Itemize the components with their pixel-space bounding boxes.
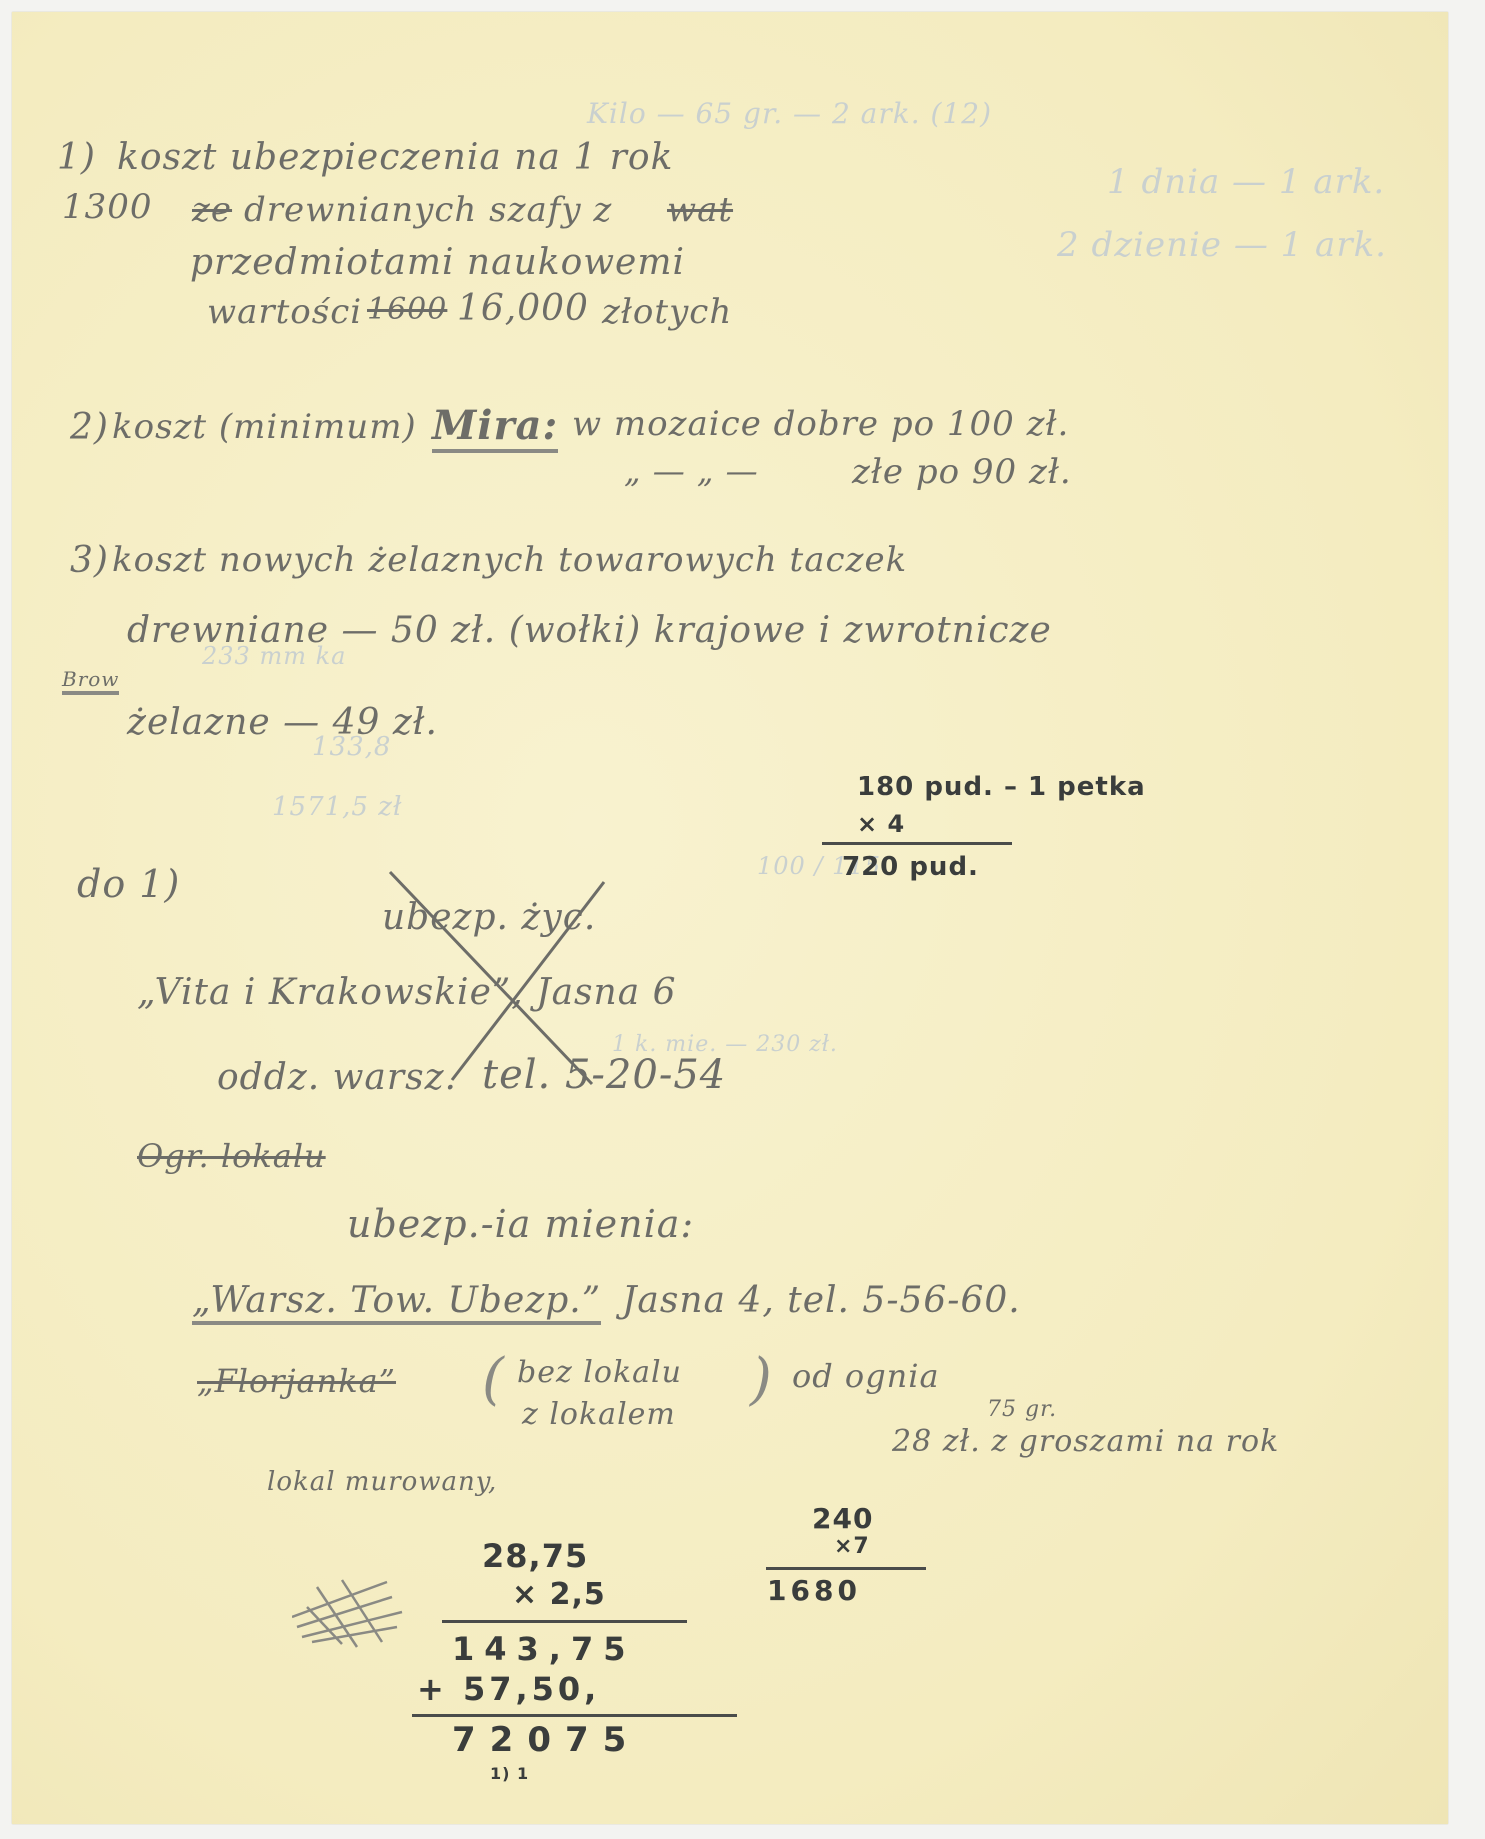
paper-sheet: 1 dnia — 1 ark. 2 dzienie — 1 ark. Kilo … (12, 12, 1448, 1824)
calc-small-operand-1: 240 (812, 1502, 873, 1535)
item-3-line-1: koszt nowych żelaznych towarowych taczek (112, 540, 907, 580)
item-1-line-2-struck-end: wat (667, 190, 733, 230)
item-1-number: 1) (57, 137, 96, 178)
item-1-value: 16,000 (457, 288, 589, 329)
calc-main-partial-2: + 57,50, (417, 1670, 600, 1708)
item-1-line-3: przedmiotami naukowemi (190, 242, 685, 283)
insurance-title: ubezp.-ia mienia: (347, 1202, 694, 1246)
calc-main-operand-1: 28,75 (482, 1537, 588, 1575)
calc-small-operand-2: ×7 (834, 1534, 870, 1559)
item-1-margin-number: 1300 (62, 187, 153, 227)
calc-main-rule-2 (412, 1714, 737, 1717)
calc-pud-multiplier: × 4 (857, 810, 905, 838)
item-2-line-2: złe po 90 zł. (852, 452, 1072, 492)
lokal-note: lokal murowany, (267, 1467, 497, 1497)
calc-main-partial-1: 143,75 (452, 1630, 635, 1668)
calc-pud-rule (822, 842, 1012, 845)
insurance-address: Jasna 4, tel. 5-56-60. (622, 1280, 1021, 1321)
ghost-text-mid-3: 1571,5 zł (272, 792, 402, 822)
insurance-company: „Warsz. Tow. Ubezp.” (192, 1280, 601, 1325)
insurance-struck-heading: Ogr. lokalu (137, 1137, 326, 1175)
bracket-after: od ognia (792, 1357, 940, 1395)
item-2-text: koszt (minimum) (112, 407, 417, 447)
bracket-line-1: bez lokalu (517, 1355, 682, 1390)
item-1-line-2: drewnianych szafy z (244, 190, 612, 230)
item-1-line-4-end: złotych (602, 292, 732, 332)
insurance-price: 28 zł. z groszami na rok (892, 1424, 1279, 1459)
item-3-line-3: żelazne — 49 zł. (127, 702, 438, 743)
item-1-line-1: koszt ubezpieczenia na 1 rok (117, 137, 673, 178)
item-1-struck-value: 1600 (367, 292, 447, 327)
calc-pud-result: 720 pud. (842, 852, 979, 882)
item-2-brand: Mira: (432, 402, 558, 453)
ghost-text-right-2: 2 dzienie — 1 ark. (1057, 225, 1387, 265)
calc-small-rule (766, 1567, 926, 1570)
calc-main-rule-1 (442, 1620, 687, 1623)
bracket-line-2: z lokalem (522, 1397, 676, 1432)
item-1-line-4-start: wartości (207, 292, 362, 332)
crossed-out-mark-icon (382, 862, 622, 1092)
price-superscript: 75 gr. (987, 1397, 1057, 1422)
insurance-struck-company: „Florjanka” (197, 1362, 396, 1400)
item-2-number: 2) (70, 407, 109, 448)
do-1-heading: do 1) (77, 862, 180, 906)
item-2-line-1: w mozaice dobre po 100 zł. (572, 404, 1069, 444)
calc-main-carries: 1) 1 (490, 1764, 529, 1783)
calc-main-operand-2: × 2,5 (512, 1577, 606, 1612)
ghost-text-right-1: 1 dnia — 1 ark. (1107, 162, 1385, 202)
item-1-struck-word: ze (192, 190, 232, 230)
item-3-number: 3) (70, 540, 109, 581)
calc-small-result: 1680 (767, 1574, 861, 1607)
calc-pud-top: 180 pud. – 1 petka (857, 772, 1146, 802)
calc-main-result: 72075 (452, 1720, 640, 1760)
item-3-margin-note: Brow (62, 667, 119, 695)
ghost-text-top: Kilo — 65 gr. — 2 ark. (12) (587, 97, 992, 130)
bracket-close: ) (750, 1347, 773, 1412)
item-3-line-2: drewniane — 50 zł. (wołki) krajowe i zwr… (127, 610, 1052, 651)
item-2-ditto: „ — „ — (624, 452, 759, 490)
scribble-mark-icon (292, 1572, 407, 1657)
bracket-open: ( (482, 1347, 505, 1412)
